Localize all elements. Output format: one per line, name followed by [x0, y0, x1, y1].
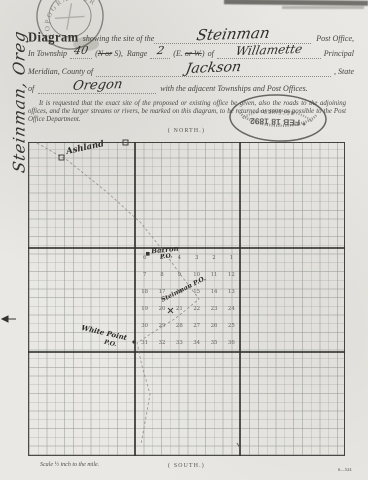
- white-point-site-dot: [132, 340, 135, 343]
- postal-diagram-form: Steinman, Oreg TOPOGRAPHER Diagram showi…: [0, 0, 368, 480]
- steinman-site-mark: [168, 308, 173, 313]
- map-annotations: [0, 0, 368, 480]
- margin-arrow-mark: [2, 316, 16, 322]
- barron-site-square: [146, 252, 150, 256]
- stray-pen-mark: [237, 443, 240, 448]
- form-number: 6—524: [338, 467, 352, 472]
- south-label: ( SOUTH.): [28, 463, 345, 469]
- ashland-site-square-2: [123, 140, 128, 145]
